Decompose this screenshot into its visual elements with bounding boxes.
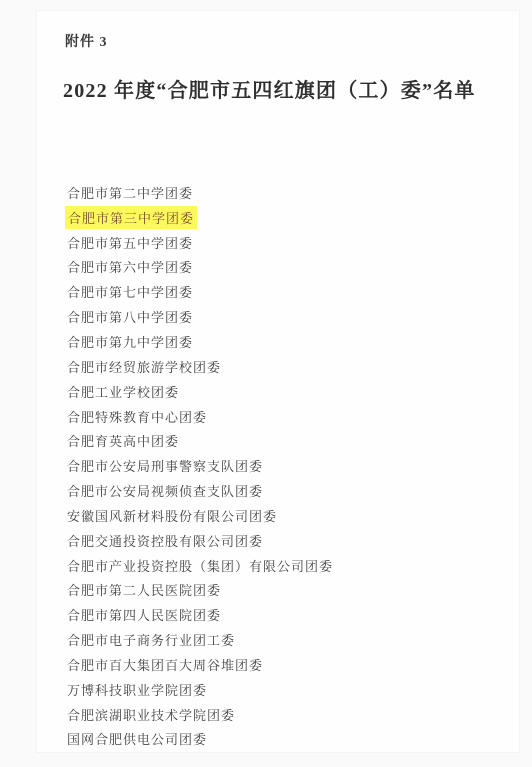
list-item: 合肥交通投资控股有限公司团委 xyxy=(65,528,511,553)
list-item: 合肥市公安局视频侦查支队团委 xyxy=(65,478,511,503)
list-item: 国网合肥供电公司团委 xyxy=(65,727,511,752)
highlight: 合肥市第三中学团委 xyxy=(65,206,197,229)
list-item: 合肥市第五中学团委 xyxy=(65,230,511,255)
list-item: 合肥特殊教育中心团委 xyxy=(65,404,511,429)
list-item: 合肥滨湖职业技术学院团委 xyxy=(65,702,511,727)
list-item-highlighted: 合肥市第三中学团委 xyxy=(65,205,511,230)
list-item: 合肥市产业投资控股（集团）有限公司团委 xyxy=(65,553,511,578)
list-item: 合肥市公安局刑事警察支队团委 xyxy=(65,453,511,478)
list-item: 合肥市电子商务行业团工委 xyxy=(65,627,511,652)
list-item: 合肥市百大集团百大周谷堆团委 xyxy=(65,652,511,677)
committee-list: 合肥市第二中学团委 合肥市第三中学团委 合肥市第五中学团委 合肥市第六中学团委 … xyxy=(65,180,511,751)
list-item: 合肥市第六中学团委 xyxy=(65,255,511,280)
attachment-label: 附件 3 xyxy=(65,31,108,51)
list-item: 合肥市第二中学团委 xyxy=(65,180,511,205)
list-item: 合肥市第七中学团委 xyxy=(65,279,511,304)
list-item: 合肥市第八中学团委 xyxy=(65,304,511,329)
list-item: 合肥育英高中团委 xyxy=(65,428,511,453)
list-item: 合肥市经贸旅游学校团委 xyxy=(65,354,511,379)
list-item: 合肥市第九中学团委 xyxy=(65,329,511,354)
list-item: 安徽国风新材料股份有限公司团委 xyxy=(65,503,511,528)
list-item: 万博科技职业学院团委 xyxy=(65,677,511,702)
list-item: 合肥市第二人民医院团委 xyxy=(65,578,511,603)
document-title: 2022 年度“合肥市五四红旗团（工）委”名单 xyxy=(63,74,476,103)
list-item: 合肥工业学校团委 xyxy=(65,379,511,404)
list-item: 合肥市第四人民医院团委 xyxy=(65,602,511,627)
document-page: 附件 3 2022 年度“合肥市五四红旗团（工）委”名单 合肥市第二中学团委 合… xyxy=(36,10,520,753)
